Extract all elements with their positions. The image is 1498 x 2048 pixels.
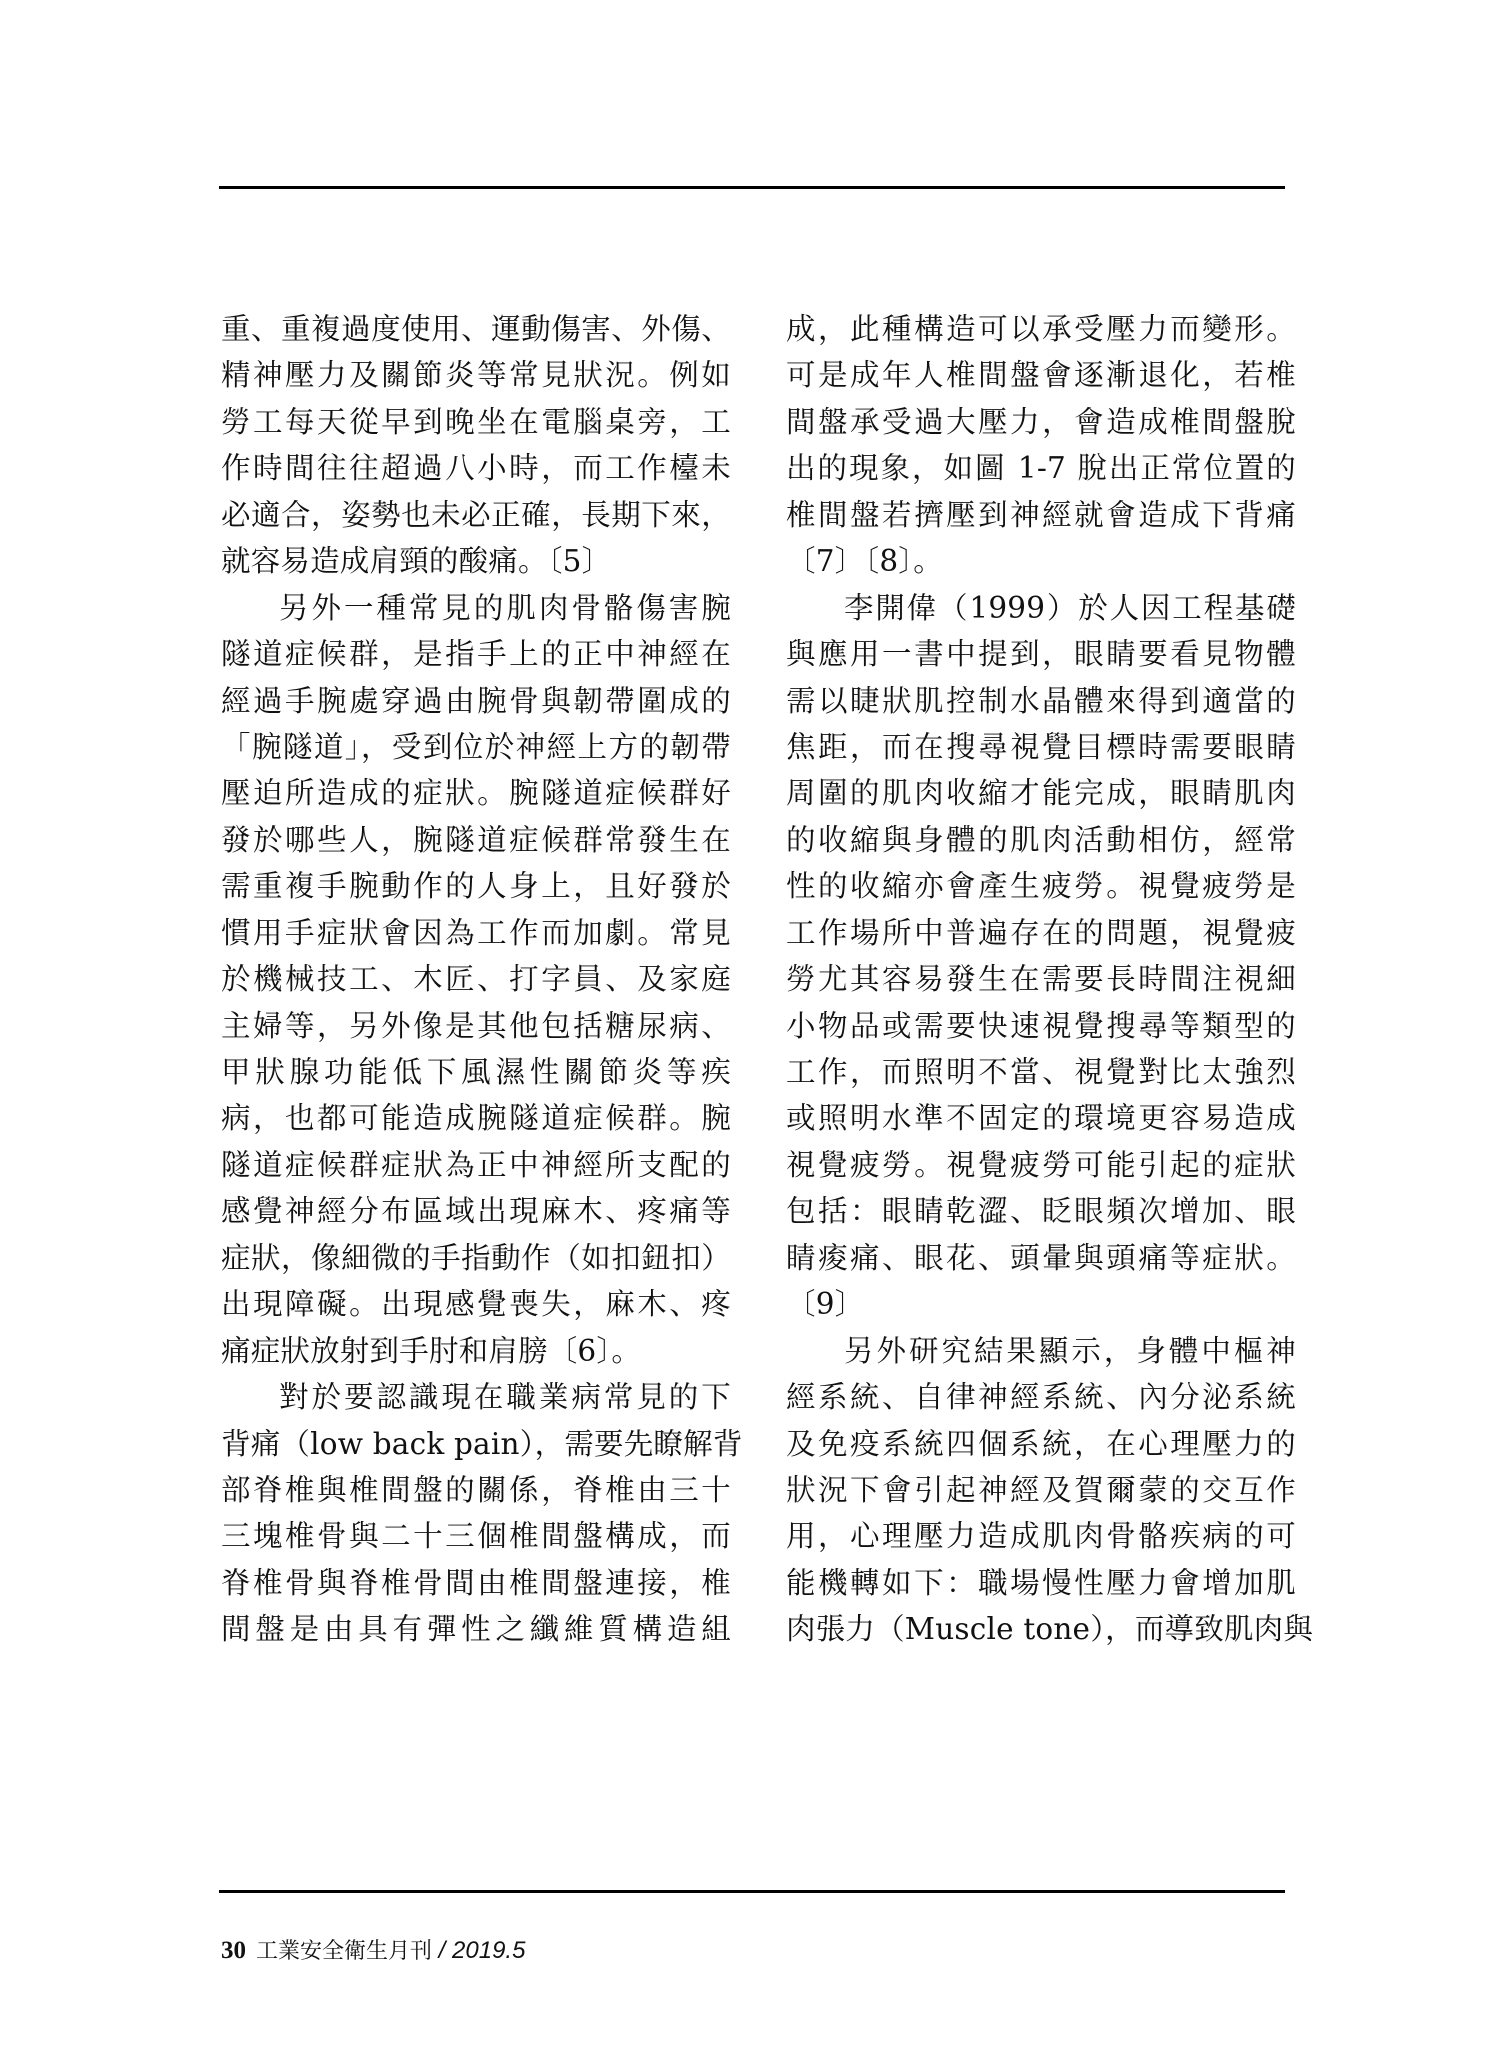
text-line: 主婦等，另外像是其他包括糖尿病、 <box>221 1003 731 1049</box>
text-line: 〔7〕〔8〕。 <box>786 538 1296 584</box>
text-line: 重、重複過度使用、運動傷害、外傷、 <box>221 306 731 352</box>
text-line: 精神壓力及關節炎等常見狀況。例如 <box>221 352 731 398</box>
text-line: 周圍的肌肉收縮才能完成，眼睛肌肉 <box>786 770 1296 816</box>
text-line: 壓迫所造成的症狀。腕隧道症候群好 <box>221 770 731 816</box>
text-line: 另外研究結果顯示，身體中樞神 <box>786 1328 1296 1374</box>
text-line: 成，此種構造可以承受壓力而變形。 <box>786 306 1296 352</box>
text-line: 必適合，姿勢也未必正確，長期下來， <box>221 492 731 538</box>
text-line: 經系統、自律神經系統、內分泌系統 <box>786 1374 1296 1420</box>
text-line: 背痛（low back pain），需要先瞭解背 <box>221 1421 731 1467</box>
text-line: 需重複手腕動作的人身上，且好發於 <box>221 863 731 909</box>
text-line: 三塊椎骨與二十三個椎間盤構成，而 <box>221 1513 731 1559</box>
text-line: 能機轉如下：職場慢性壓力會增加肌 <box>786 1560 1296 1606</box>
text-line: 作時間往往超過八小時，而工作檯未 <box>221 445 731 491</box>
text-line: 出現障礙。出現感覺喪失，麻木、疼 <box>221 1281 731 1327</box>
text-line: 狀況下會引起神經及賀爾蒙的交互作 <box>786 1467 1296 1513</box>
text-line: 間盤是由具有彈性之纖維質構造組 <box>221 1606 731 1652</box>
text-line: 另外一種常見的肌肉骨骼傷害腕 <box>221 585 731 631</box>
text-line: 小物品或需要快速視覺搜尋等類型的 <box>786 1003 1296 1049</box>
text-line: 發於哪些人，腕隧道症候群常發生在 <box>221 817 731 863</box>
text-line: 對於要認識現在職業病常見的下 <box>221 1374 731 1420</box>
text-line: 感覺神經分布區域出現麻木、疼痛等 <box>221 1188 731 1234</box>
text-line: 焦距，而在搜尋視覺目標時需要眼睛 <box>786 724 1296 770</box>
text-line: 〔9〕 <box>786 1281 1296 1327</box>
text-line: 與應用一書中提到，眼睛要看見物體 <box>786 631 1296 677</box>
text-line: 慣用手症狀會因為工作而加劇。常見 <box>221 910 731 956</box>
publication-name: 工業安全衛生月刊 <box>256 1939 432 1964</box>
text-line: 隧道症候群症狀為正中神經所支配的 <box>221 1142 731 1188</box>
text-line: 椎間盤若擠壓到神經就會造成下背痛 <box>786 492 1296 538</box>
left-column: 重、重複過度使用、運動傷害、外傷、精神壓力及關節炎等常見狀況。例如勞工每天從早到… <box>221 306 731 1653</box>
right-column: 成，此種構造可以承受壓力而變形。可是成年人椎間盤會逐漸退化，若椎間盤承受過大壓力… <box>786 306 1296 1653</box>
issue-date: / 2019.5 <box>432 1937 525 1964</box>
text-line: 睛痠痛、眼花、頭暈與頭痛等症狀。 <box>786 1235 1296 1281</box>
text-line: 就容易造成肩頸的酸痛。〔5〕 <box>221 538 731 584</box>
footer-rule <box>219 1890 1285 1893</box>
text-line: 脊椎骨與脊椎骨間由椎間盤連接，椎 <box>221 1560 731 1606</box>
text-line: 病，也都可能造成腕隧道症候群。腕 <box>221 1095 731 1141</box>
text-line: 需以睫狀肌控制水晶體來得到適當的 <box>786 678 1296 724</box>
text-line: 可是成年人椎間盤會逐漸退化，若椎 <box>786 352 1296 398</box>
text-line: 包括：眼睛乾澀、眨眼頻次增加、眼 <box>786 1188 1296 1234</box>
text-line: 及免疫系統四個系統，在心理壓力的 <box>786 1421 1296 1467</box>
text-line: 症狀，像細微的手指動作（如扣鈕扣） <box>221 1235 731 1281</box>
text-line: 間盤承受過大壓力，會造成椎間盤脫 <box>786 399 1296 445</box>
text-line: 部脊椎與椎間盤的關係，脊椎由三十 <box>221 1467 731 1513</box>
text-line: 的收縮與身體的肌肉活動相仿，經常 <box>786 817 1296 863</box>
text-line: 隧道症候群，是指手上的正中神經在 <box>221 631 731 677</box>
text-line: 甲狀腺功能低下風濕性關節炎等疾 <box>221 1049 731 1095</box>
text-line: 李開偉（1999）於人因工程基礎 <box>786 585 1296 631</box>
text-line: 勞工每天從早到晚坐在電腦桌旁，工 <box>221 399 731 445</box>
header-rule <box>219 186 1285 189</box>
text-line: 肉張力（Muscle tone），而導致肌肉與 <box>786 1606 1296 1652</box>
text-line: 視覺疲勞。視覺疲勞可能引起的症狀 <box>786 1142 1296 1188</box>
text-line: 或照明水準不固定的環境更容易造成 <box>786 1095 1296 1141</box>
text-line: 「腕隧道」，受到位於神經上方的韌帶 <box>221 724 731 770</box>
page-number: 30 <box>221 1937 246 1964</box>
text-line: 痛症狀放射到手肘和肩膀〔6〕。 <box>221 1328 731 1374</box>
text-line: 用，心理壓力造成肌肉骨骼疾病的可 <box>786 1513 1296 1559</box>
text-line: 出的現象，如圖 1-7 脫出正常位置的 <box>786 445 1296 491</box>
text-line: 工作場所中普遍存在的問題，視覺疲 <box>786 910 1296 956</box>
text-line: 工作，而照明不當、視覺對比太強烈 <box>786 1049 1296 1095</box>
text-line: 經過手腕處穿過由腕骨與韌帶圍成的 <box>221 678 731 724</box>
page-footer: 30工業安全衛生月刊 / 2019.5 <box>221 1936 525 1966</box>
text-line: 勞尤其容易發生在需要長時間注視細 <box>786 956 1296 1002</box>
text-line: 性的收縮亦會產生疲勞。視覺疲勞是 <box>786 863 1296 909</box>
text-line: 於機械技工、木匠、打字員、及家庭 <box>221 956 731 1002</box>
